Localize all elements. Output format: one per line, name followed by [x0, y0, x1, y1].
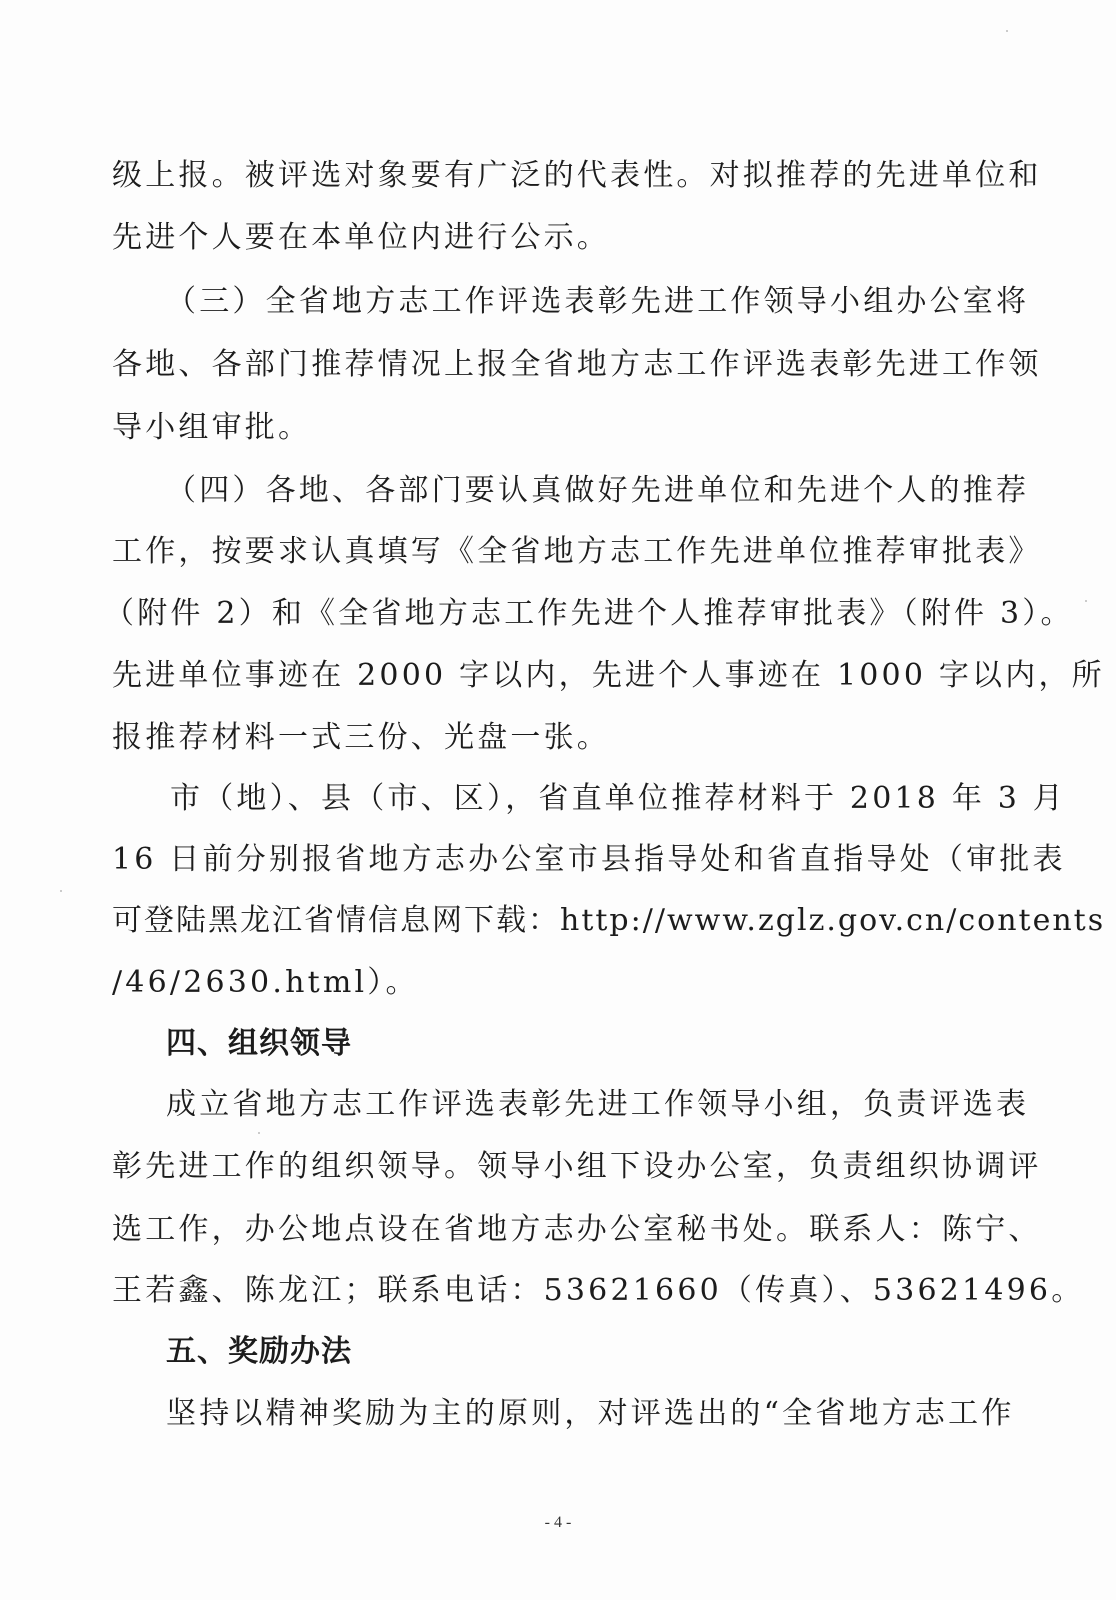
body-text-line: 各地、各部门推荐情况上报全省地方志工作评选表彰先进工作领 [112, 345, 1042, 385]
page-number: - 4 - [0, 1514, 1116, 1532]
body-text-line: 市（地）、县（市、区），省直单位推荐材料于 2018 年 3 月 [170, 779, 1066, 819]
body-text-line: 先进单位事迹在 2000 字以内，先进个人事迹在 1000 字以内，所 [112, 656, 1105, 696]
body-text-line: 工作，按要求认真填写《全省地方志工作先进单位推荐审批表》 [112, 532, 1042, 572]
body-text-line: （三）全省地方志工作评选表彰先进工作领导小组办公室将 [166, 282, 1029, 322]
section-heading-organization: 四、组织领导 [166, 1024, 352, 1064]
body-text-line: 成立省地方志工作评选表彰先进工作领导小组，负责评选表 [166, 1085, 1029, 1125]
body-text-line: （四）各地、各部门要认真做好先进单位和先进个人的推荐 [166, 471, 1029, 511]
scan-speck [1006, 30, 1008, 32]
scan-speck [60, 890, 62, 892]
section-heading-rewards: 五、奖励办法 [166, 1332, 352, 1372]
body-text-line: 导小组审批。 [112, 408, 311, 448]
body-text-line-contacts: 王若鑫、陈龙江；联系电话：53621660（传真）、53621496。 [112, 1271, 1084, 1311]
scan-speck [258, 1132, 260, 1134]
document-page: 级上报。被评选对象要有广泛的代表性。对拟推荐的先进单位和 先进个人要在本单位内进… [0, 0, 1116, 1600]
body-text-line: （附件 2）和《全省地方志工作先进个人推荐审批表》（附件 3）。 [104, 594, 1074, 634]
body-text-line: 坚持以精神奖励为主的原则，对评选出的“全省地方志工作 [166, 1394, 1015, 1434]
body-text-line-url: 可登陆黑龙江省情信息网下载：http://www.zglz.gov.cn/con… [112, 901, 1105, 941]
scan-speck [1085, 600, 1087, 602]
body-text-line: 16 日前分别报省地方志办公室市县指导处和省直指导处（审批表 [112, 840, 1066, 880]
body-text-line: 选工作，办公地点设在省地方志办公室秘书处。联系人：陈宁、 [112, 1210, 1042, 1250]
body-text-line-url: /46/2630.html）。 [112, 963, 419, 1003]
body-text-line: 级上报。被评选对象要有广泛的代表性。对拟推荐的先进单位和 [112, 156, 1042, 196]
body-text-line: 彰先进工作的组织领导。领导小组下设办公室，负责组织协调评 [112, 1147, 1042, 1187]
body-text-line: 先进个人要在本单位内进行公示。 [112, 218, 610, 258]
body-text-line: 报推荐材料一式三份、光盘一张。 [112, 718, 610, 758]
